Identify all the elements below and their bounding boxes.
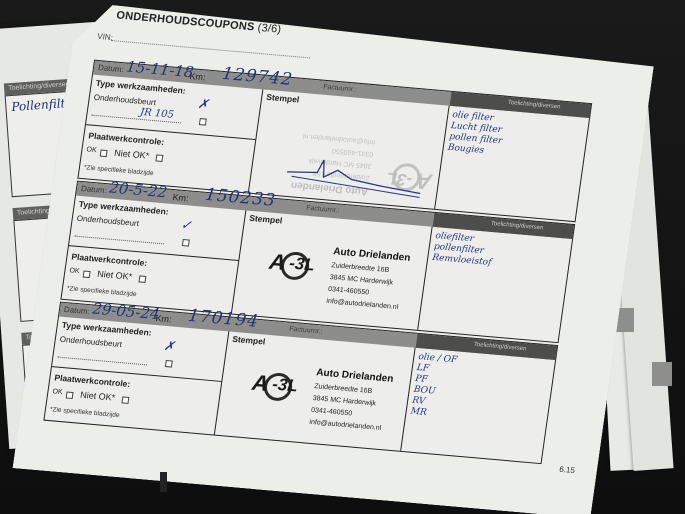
date-label: Datum:	[97, 63, 124, 74]
not-ok-label: Niet OK*	[114, 148, 150, 161]
page-marker	[160, 472, 167, 492]
work-type-label: Type werkzaamheden:	[78, 199, 169, 217]
dealer-logo: A -3L	[250, 370, 304, 402]
see-page-note: *Zie specifieke bladzijde	[49, 406, 119, 419]
service-checkmark: ✓	[180, 218, 193, 234]
not-ok-checkbox[interactable]	[121, 396, 129, 404]
dealer-stamp: A -3L Auto Drielanden Zuiderbreedte 16B …	[263, 241, 422, 323]
sheetmetal-label: Plaatwerkcontrole:	[71, 251, 148, 268]
sheetmetal-label: Plaatwerkcontrole:	[54, 372, 131, 389]
service-checkmark: ✗	[197, 97, 210, 113]
service-label: Onderhoudsbeurt	[93, 93, 156, 107]
dealer-email: info@autodrielanden.nl	[326, 298, 399, 311]
ok-label: OK	[52, 388, 63, 396]
work-section: Type werkzaamheden: Onderhoudsbeurt ✗ Pl…	[45, 317, 230, 435]
ok-checkbox[interactable]	[66, 391, 74, 399]
not-ok-checkbox[interactable]	[138, 275, 146, 283]
remarks-section: olie filter Lucht filter pollen filter B…	[435, 106, 589, 221]
work-type-label: Type werkzaamheden:	[95, 78, 186, 96]
dotted-line	[74, 236, 164, 245]
invoice-label: Factuurnr.:	[306, 205, 340, 215]
km-label: Km:	[172, 192, 189, 203]
logo-3l: -3L	[288, 253, 316, 275]
remarks-note: olie / OF LF PF BOU RV MR	[410, 352, 458, 421]
page-number: 6.15	[559, 465, 576, 475]
stamp-label: Stempel	[232, 334, 266, 347]
dealer-phone: 0341-460550	[311, 407, 353, 418]
not-ok-label: Niet OK*	[97, 269, 133, 282]
other-work-checkbox[interactable]	[182, 239, 190, 247]
dealer-logo: A -3L	[267, 249, 321, 281]
dealer-name: Auto Drielanden	[316, 367, 394, 385]
dealer-email: info@autodrielanden.nl	[303, 132, 376, 145]
remarks-section: olie / OF LF PF BOU RV MR	[401, 348, 555, 463]
sheetmetal-label: Plaatwerkcontrole:	[88, 130, 165, 147]
service-checkmark: ✗	[163, 339, 176, 355]
stamp-label: Stempel	[249, 213, 283, 226]
coupon-page: ONDERHOUDSCOUPONS (3/6) VIN: Datum: 15-1…	[12, 2, 655, 514]
dealer-street: Zuiderbreedte 16B	[314, 383, 373, 395]
stamp-section: Stempel A -3L Auto Drielanden Zuiderbree…	[215, 331, 416, 450]
invoice-label: Factuurnr.:	[289, 326, 323, 336]
stamp-section: Stempel A -3L Auto Drielanden Zuiderbree…	[249, 89, 450, 208]
date-value: 20-5-22	[108, 179, 168, 202]
other-work-checkbox[interactable]	[199, 118, 207, 126]
dealer-email: info@autodrielanden.nl	[309, 419, 382, 432]
vin-line	[111, 40, 310, 58]
not-ok-checkbox[interactable]	[155, 154, 163, 162]
stamp-section: Stempel A -3L Auto Drielanden Zuiderbree…	[232, 210, 433, 329]
see-page-note: *Zie specifieke bladzijde	[83, 164, 153, 177]
dealer-name: Auto Drielanden	[333, 246, 411, 264]
work-section: Type werkzaamheden: Onderhoudsbeurt ✓ Pl…	[62, 196, 247, 314]
invoice-label: Factuurnr.:	[323, 84, 357, 94]
dealer-phone: 0341-460550	[328, 286, 370, 297]
other-work-checkbox[interactable]	[165, 360, 173, 368]
km-label: Km:	[189, 71, 206, 82]
ok-checkbox[interactable]	[100, 150, 108, 158]
see-page-note: *Zie specifieke bladzijde	[66, 285, 136, 298]
logo-3l: -3L	[271, 374, 299, 396]
remarks-note: olie filter Lucht filter pollen filter B…	[447, 110, 506, 158]
service-label: Onderhoudsbeurt	[59, 335, 122, 349]
not-ok-label: Niet OK*	[80, 390, 116, 403]
dealer-city: 3845 MC Harderwijk	[312, 395, 376, 407]
ok-label: OK	[86, 146, 97, 154]
date-label: Datum:	[63, 305, 90, 316]
work-type-label: Type werkzaamheden:	[61, 320, 152, 338]
dealer-street: Zuiderbreedte 16B	[331, 262, 390, 274]
index-tab	[652, 362, 672, 386]
service-label: Onderhoudsbeurt	[76, 214, 139, 228]
date-label: Datum:	[80, 184, 107, 195]
dotted-line	[57, 357, 147, 366]
dealer-stamp: A -3L Auto Drielanden Zuiderbreedte 16B …	[246, 362, 405, 444]
ok-checkbox[interactable]	[83, 271, 91, 279]
work-section: Type werkzaamheden: Onderhoudsbeurt ✗ JR…	[79, 75, 264, 193]
remarks-note: oliefilter pollenfilter Remvloeistof	[431, 231, 495, 269]
remarks-section: oliefilter pollenfilter Remvloeistof	[418, 227, 572, 342]
dealer-city: 3845 MC Harderwijk	[329, 274, 393, 286]
stamp-label: Stempel	[266, 92, 300, 105]
ok-label: OK	[69, 267, 80, 275]
km-label: Km:	[155, 313, 172, 324]
